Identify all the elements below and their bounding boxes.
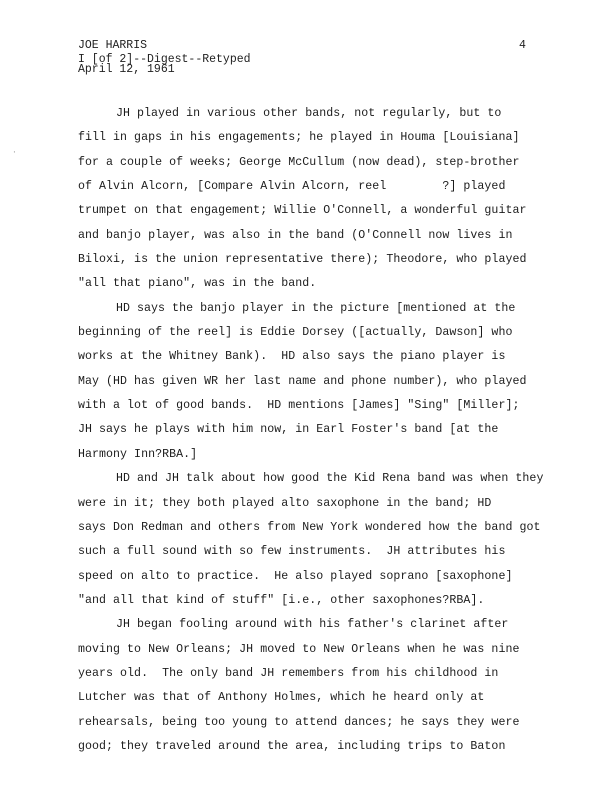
paragraph-first-line: JH played in various other bands, not re… bbox=[78, 102, 578, 126]
text-line: moving to New Orleans; JH moved to New O… bbox=[78, 638, 578, 662]
header-interviewee-name: JOE HARRIS bbox=[78, 40, 147, 52]
header-date: April 12, 1961 bbox=[78, 64, 175, 76]
text-line: were in it; they both played alto saxoph… bbox=[78, 492, 578, 516]
text-line: "all that piano", was in the band. bbox=[78, 272, 578, 296]
paragraph-first-line: HD and JH talk about how good the Kid Re… bbox=[78, 467, 578, 491]
text-line: years old. The only band JH remembers fr… bbox=[78, 662, 578, 686]
text-line: Harmony Inn?RBA.] bbox=[78, 443, 578, 467]
text-line: trumpet on that engagement; Willie O'Con… bbox=[78, 199, 578, 223]
document-page: JOE HARRIS I [of 2]--Digest--Retyped Apr… bbox=[0, 0, 612, 792]
text-line: Lutcher was that of Anthony Holmes, whic… bbox=[78, 686, 578, 710]
text-line: speed on alto to practice. He also playe… bbox=[78, 565, 578, 589]
text-line: such a full sound with so few instrument… bbox=[78, 540, 578, 564]
text-line: good; they traveled around the area, inc… bbox=[78, 735, 578, 759]
text-line: for a couple of weeks; George McCullum (… bbox=[78, 151, 578, 175]
text-line: says Don Redman and others from New York… bbox=[78, 516, 578, 540]
paragraph-first-line: JH began fooling around with his father'… bbox=[78, 613, 578, 637]
text-line: JH says he plays with him now, in Earl F… bbox=[78, 418, 578, 442]
text-line: fill in gaps in his engagements; he play… bbox=[78, 126, 578, 150]
page-number: 4 bbox=[519, 40, 526, 52]
text-line: of Alvin Alcorn, [Compare Alvin Alcorn, … bbox=[78, 175, 578, 199]
text-line: with a lot of good bands. HD mentions [J… bbox=[78, 394, 578, 418]
text-line: May (HD has given WR her last name and p… bbox=[78, 370, 578, 394]
text-line: beginning of the reel] is Eddie Dorsey (… bbox=[78, 321, 578, 345]
transcript-body: JH played in various other bands, not re… bbox=[78, 102, 578, 759]
text-line: works at the Whitney Bank). HD also says… bbox=[78, 345, 578, 369]
text-line: rehearsals, being too young to attend da… bbox=[78, 711, 578, 735]
text-line: Biloxi, is the union representative ther… bbox=[78, 248, 578, 272]
text-line: "and all that kind of stuff" [i.e., othe… bbox=[78, 589, 578, 613]
text-line: and banjo player, was also in the band (… bbox=[78, 224, 578, 248]
paragraph-first-line: HD says the banjo player in the picture … bbox=[78, 297, 578, 321]
margin-speck: · bbox=[12, 150, 18, 156]
